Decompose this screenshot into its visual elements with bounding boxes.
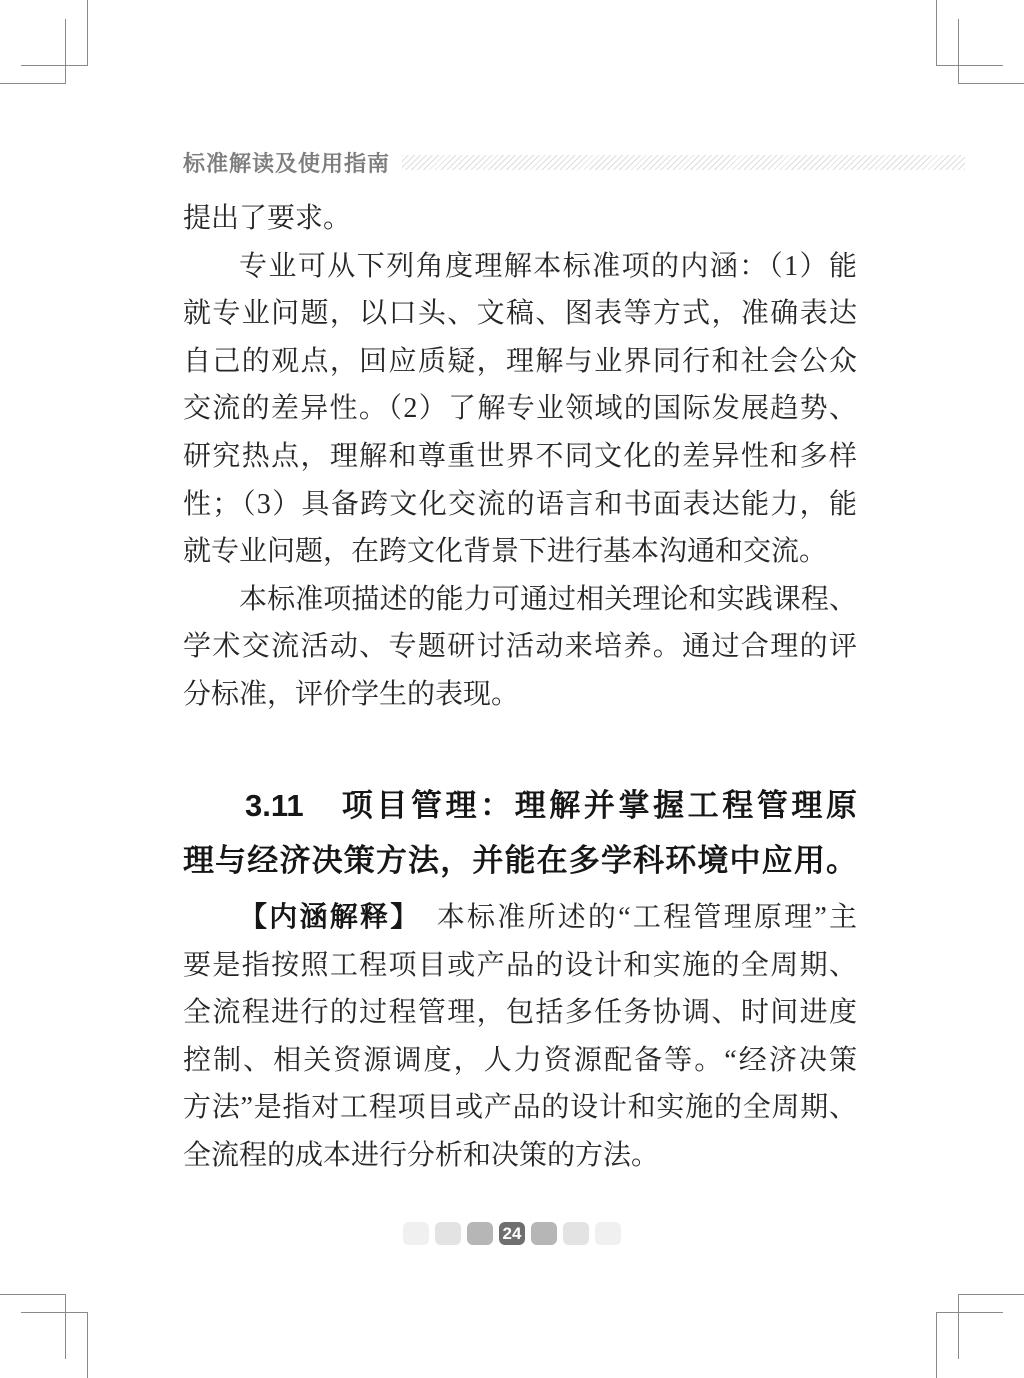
page-indicator: 24 (0, 1222, 1024, 1245)
section-heading-line: 理与经济决策方法，并能在多学科环境中应用。 (183, 833, 857, 888)
page-indicator-box (435, 1222, 461, 1245)
running-head-title: 标准解读及使用指南 (183, 147, 390, 178)
page-indicator-box (595, 1222, 621, 1245)
paragraph-line: 控制、相关资源调度，人力资源配备等。“经济决策 (183, 1037, 857, 1085)
crop-mark-top-left (0, 0, 100, 100)
paragraph-line: 要是指按照工程项目或产品的设计和实施的全周期、 (183, 942, 857, 990)
paragraph-line: 【内涵解释】 本标准所述的“工程管理原理”主 (183, 893, 857, 942)
page-number: 24 (503, 1224, 522, 1244)
section-heading-3-11: 3.11 项目管理：理解并掌握工程管理原 理与经济决策方法，并能在多学科环境中应… (183, 778, 857, 888)
paragraph-line: 本标准项描述的能力可通过相关理论和实践课程、 (183, 576, 857, 624)
running-head: 标准解读及使用指南 (183, 147, 965, 178)
paragraph-line: 交流的差异性。（2）了解专业领域的国际发展趋势、 (183, 385, 857, 433)
interpretation-label: 【内涵解释】 (239, 901, 406, 932)
page-indicator-box (467, 1222, 493, 1245)
paragraph-line: 学术交流活动、专题研讨活动来培养。通过合理的评 (183, 623, 857, 671)
paragraph-line: 就专业问题，在跨文化背景下进行基本沟通和交流。 (183, 528, 857, 576)
body-text-interpretation: 【内涵解释】 本标准所述的“工程管理原理”主 要是指按照工程项目或产品的设计和实… (183, 893, 857, 1180)
page-indicator-box (531, 1222, 557, 1245)
paragraph-line: 性；（3）具备跨文化交流的语言和书面表达能力，能 (183, 481, 857, 529)
paragraph-line: 就专业问题，以口头、文稿、图表等方式，准确表达 (183, 290, 857, 338)
paragraph-line: 分标准，评价学生的表现。 (183, 671, 857, 719)
hatch-rule (402, 155, 965, 170)
paragraph-line: 全流程进行的过程管理，包括多任务协调、时间进度 (183, 989, 857, 1037)
body-text-upper: 提出了要求。 专业可从下列角度理解本标准项的内涵：（1）能 就专业问题，以口头、… (183, 195, 857, 719)
page-indicator-box (563, 1222, 589, 1245)
paragraph-line: 研究热点，理解和尊重世界不同文化的差异性和多样 (183, 433, 857, 481)
crop-mark-bottom-right (924, 1278, 1024, 1378)
paragraph-line: 专业可从下列角度理解本标准项的内涵：（1）能 (183, 243, 857, 291)
page-number-box: 24 (499, 1222, 525, 1245)
paragraph-line: 提出了要求。 (183, 195, 857, 243)
page-indicator-box (403, 1222, 429, 1245)
paragraph-line: 方法”是指对工程项目或产品的设计和实施的全周期、 (183, 1084, 857, 1132)
section-heading-line: 3.11 项目管理：理解并掌握工程管理原 (183, 778, 857, 833)
paragraph-line: 全流程的成本进行分析和决策的方法。 (183, 1132, 857, 1180)
crop-mark-bottom-left (0, 1278, 100, 1378)
paragraph-line: 自己的观点，回应质疑，理解与业界同行和社会公众 (183, 338, 857, 386)
crop-mark-top-right (924, 0, 1024, 100)
paragraph-text: 本标准所述的“工程管理原理”主 (406, 902, 857, 933)
